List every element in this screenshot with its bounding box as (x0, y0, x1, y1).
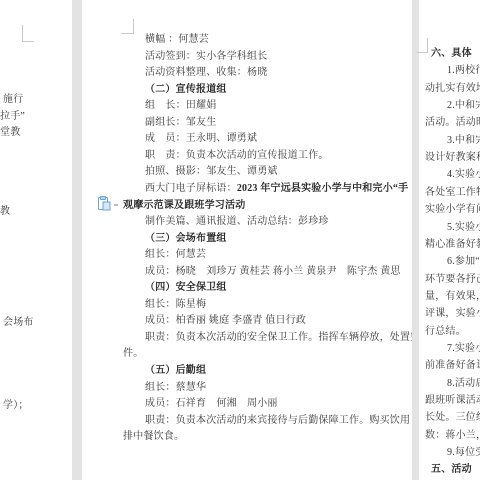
paste-options-button[interactable] (98, 196, 111, 211)
heading-line: （四）安全保卫组 (145, 281, 227, 295)
text-line: 职责：负责本次活动的安全保卫工作。指挥车辆停放，处置突 (145, 331, 412, 345)
clipped-text-fragment: 拉手” (0, 110, 25, 124)
page-current[interactable]: 横幅 ：何慧芸活动签到：实小各学科组长活动资料整理、收集：杨晓（二）宣传报道组组… (82, 0, 412, 480)
heading-line: 观摩示范课及跟班学习活动 (123, 199, 245, 213)
text-line: 成员：杨晓 刘珍万 黄桂芸 蒋小兰 黄泉尹 陈宇杰 黄思 (145, 265, 401, 279)
text-line: 组 长：田耀娟 (145, 99, 216, 113)
crop-mark-right-page-vertical (427, 38, 428, 52)
text-line: 9.每位受 (447, 446, 480, 460)
text-line: 排中餐饮食。 (123, 430, 184, 444)
crop-mark-left-page-vertical (22, 25, 23, 41)
text-line: 活动签到：实小各学科组长 (145, 50, 267, 64)
clipped-text-fragment: 堂教 (0, 126, 20, 140)
text-line: 拍照、摄影：邹友生、谭勇斌 (145, 165, 278, 179)
text-line: 环节要各抒己 (425, 273, 480, 287)
text-line: 实验小学有问 (425, 203, 480, 217)
paste-options-dropdown-tick (114, 204, 118, 206)
text-line: 2.中和完小 (447, 99, 480, 113)
text-line: 6.参加“ (447, 255, 480, 269)
text-line: 各处室工作特 (425, 186, 480, 200)
text-line: 5.实验小学 (447, 221, 480, 235)
text-line: 精心准备好教 (425, 238, 480, 252)
crop-mark-right-page-horizontal (417, 52, 428, 53)
heading-line: 五、活动 (431, 463, 472, 477)
text-line: 成 员：王永明、谭勇斌 (145, 132, 257, 146)
text-line: 横幅 ：何慧芸 (145, 33, 209, 47)
text-line: 成员：石祥育 何湘 周小丽 (145, 397, 278, 411)
page-previous[interactable]: 施行拉手”堂教教会场布学）； (0, 0, 72, 480)
text-line: 跟班听课活动 (425, 394, 480, 408)
heading-line: （二）宣传报道组 (145, 83, 227, 97)
text-line: 制作美篇、通讯报道、活动总结：彭珍珍 (145, 215, 329, 229)
text-line: 活动资料整理、收集：杨晓 (145, 66, 267, 80)
text-line: 长处。三位组 (425, 411, 480, 425)
text-line: 西大门电子屏标语：2023 年宁远县实验小学与中和完小“手 (145, 182, 408, 196)
heading-line: 六、具体 (431, 47, 472, 61)
text-line: 评课，实验小 (425, 307, 480, 321)
text-line: 件。 (123, 347, 143, 361)
text-line: 组长：蔡慧华 (145, 381, 206, 395)
crop-mark-middle-page-horizontal (121, 33, 134, 34)
text-line: 量，有效果， (425, 290, 480, 304)
clipped-text-fragment: 教 (0, 205, 10, 219)
clipped-text-fragment: 会场布 (3, 316, 34, 330)
text-line: 设计好教案和 (425, 151, 480, 165)
text-line: 3.中和完小 (447, 134, 480, 148)
clipboard-paste-icon (98, 196, 111, 211)
page-next[interactable]: 六、具体1.两校行政动扎实有效地2.中和完小活动。活动时3.中和完小设计好教案和… (419, 0, 480, 480)
crop-mark-middle-page-vertical (133, 19, 134, 33)
text-line: 组长：何慧芸 (145, 248, 206, 262)
document-canvas: { "canvas": { "background_color": "#e3e3… (0, 0, 480, 480)
text-line: 副组长：邹友生 (145, 116, 216, 130)
text-line: 动扎实有效地 (425, 82, 480, 96)
heading-line: （三）会场布置组 (145, 232, 227, 246)
text-line: 前准备好备课 (425, 359, 480, 373)
text-line: 4.实验小学 (447, 168, 480, 182)
text-line: 7.实验小 (447, 342, 480, 356)
text-line: 职责：负责本次活动的来宾接待与后勤保障工作。购买饮用 (145, 414, 410, 428)
text-line: 1.两校行政 (447, 64, 480, 78)
text-line: 数：蒋小兰， (425, 429, 480, 443)
text-line: 成员：柏香丽 姚庭 李盛青 值日行政 (145, 314, 306, 328)
clipped-text-fragment: 施行 (3, 93, 23, 107)
crop-mark-left-page-horizontal (22, 41, 34, 42)
text-line: 活动。活动时 (425, 116, 480, 130)
text-line: 行总结。 (425, 325, 466, 339)
clipped-text-fragment: 学）； (3, 399, 29, 413)
text-line: 职 责：负责本次活动的宣传报道工作。 (145, 149, 329, 163)
text-line: 组长：陈星梅 (145, 298, 206, 312)
text-line: 8.活动后 (447, 377, 480, 391)
heading-line: （五）后勤组 (145, 364, 206, 378)
